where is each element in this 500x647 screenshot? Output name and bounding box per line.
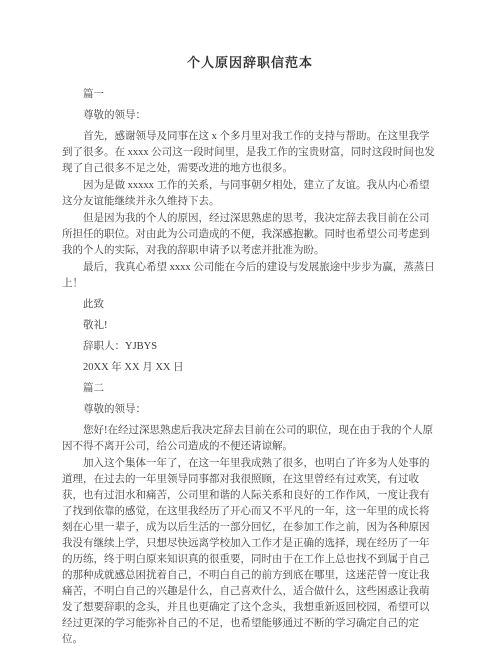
part1-paragraph-friendship: 因为是做 xxxxx 工作的关系，与同事朝夕相处，建立了友谊。我从内心希望这分友… [62, 178, 438, 210]
document-title: 个人原因辞职信范本 [62, 53, 438, 72]
part2-paragraph-body: 加入这个集体一年了，在这一年里我成熟了很多，也明白了许多为人处事的道理，在过去的… [62, 456, 438, 647]
part1-salute: 敬礼! [62, 318, 438, 334]
part2-paragraph-greeting: 您好!在经过深思熟虑后我决定辞去目前在公司的职位，现在由于我的个人原因不得不离开… [62, 423, 438, 455]
part1-paragraph-wishes: 最后，我真心希望 xxxx 公司能在今后的建设与发展旅途中步步为赢，蒸蒸日上！ [62, 260, 438, 292]
part1-date: 20XX 年 XX 月 XX 日 [62, 360, 438, 376]
resignation-letter-page: 个人原因辞职信范本 篇一 尊敬的领导： 首先，感谢领导及同事在这 x 个多月里对… [0, 0, 500, 647]
part1-signature: 辞职人：YJBYS [62, 339, 438, 355]
part1-closing: 此致 [62, 297, 438, 313]
part1-paragraph-resign-reason: 但是因为我的个人的原因，经过深思熟虑的思考，我决定辞去我目前在公司所担任的职位。… [62, 211, 438, 259]
part1-label: 篇一 [62, 87, 438, 103]
part1-salutation: 尊敬的领导： [62, 108, 438, 124]
part2-label: 篇二 [62, 381, 438, 397]
part1-paragraph-thanks: 首先，感谢领导及同事在这 x 个多月里对我工作的支持与帮助。在这里我学到了很多。… [62, 129, 438, 177]
part2-salutation: 尊敬的领导： [62, 402, 438, 418]
